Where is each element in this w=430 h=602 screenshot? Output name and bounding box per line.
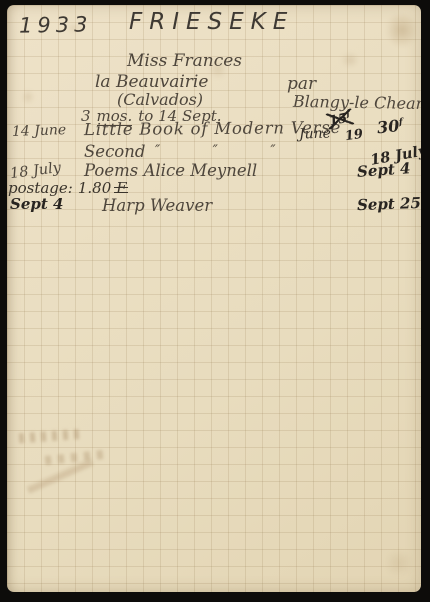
ditto-marks: ″ ″ ″ (155, 143, 276, 159)
entry-return-date: Sept 25 (357, 194, 421, 214)
stain (379, 543, 419, 583)
entry-price: 30f (376, 116, 404, 138)
address-town: Blangy-le Chean. (293, 92, 421, 113)
stain (337, 49, 363, 71)
card-year: 1933 (19, 12, 93, 37)
entry-crossed-out-price: 15f (326, 108, 355, 129)
address-street: la Beauvairie (95, 72, 208, 92)
entry-book-title: Poems Alice Meynell (84, 161, 257, 180)
stain (379, 5, 421, 55)
entry-borrow-date: 14 June (12, 122, 67, 140)
price-unit: f (398, 117, 403, 127)
cardholder-surname: FRIESEKE (129, 9, 294, 35)
offset-ink-ghost (23, 450, 98, 502)
cardholder-name: Miss Frances (127, 51, 242, 71)
postage-amount: 1.80 (78, 179, 111, 197)
franc-currency-symbol: F (116, 179, 126, 197)
offset-ink-ghost (45, 450, 104, 465)
crossed-out-unit: f (345, 109, 351, 120)
entry-borrow-date: Sept 4 (10, 195, 63, 213)
entry-book-title: Second (84, 142, 145, 161)
price-value: 30 (376, 116, 400, 137)
stain (19, 87, 37, 107)
entry-return-day: 19 (344, 127, 364, 144)
entry-book-title: Harp Weaver (102, 196, 212, 215)
offset-ink-ghost (19, 429, 86, 444)
entry-return-date: Sept 4 (356, 159, 411, 181)
entry-return-month: June (299, 125, 331, 142)
library-lending-card: 1933 FRIESEKE Miss Frances la Beauvairie… (7, 5, 421, 592)
